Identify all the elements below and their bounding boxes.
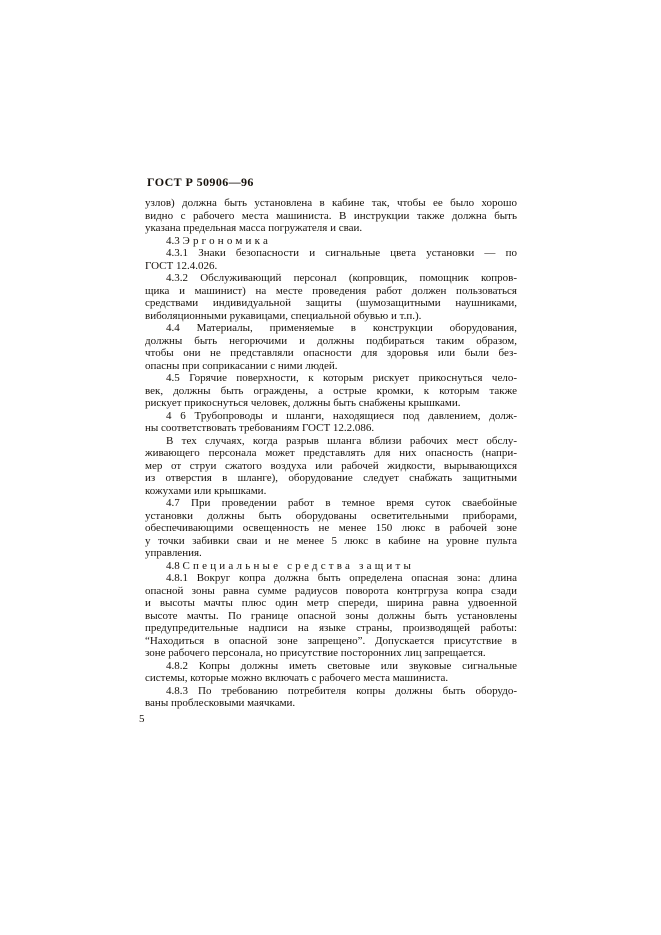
text-line: чтобы они не представляли опасности для … bbox=[145, 347, 517, 360]
text-line: виболяционными рукавицами, специальной о… bbox=[145, 310, 517, 323]
text-line: опасной зоны равна сумме радиусов поворо… bbox=[145, 585, 517, 598]
text-line: 4.7 При проведении работ в темное время … bbox=[145, 497, 517, 510]
section-number: 4.8 bbox=[166, 560, 183, 572]
text-line: зоне рабочего персонала, но присутствие … bbox=[145, 647, 517, 660]
text-line: 4.8.1 Вокруг копра должна быть определен… bbox=[145, 572, 517, 585]
text-line: ГОСТ 12.4.026. bbox=[145, 260, 517, 273]
section-title: Специальные средства защиты bbox=[183, 560, 415, 572]
text-line: 4.8.3 По требованию потребителя копры до… bbox=[145, 685, 517, 698]
text-line: предупредительные надписи на языке стран… bbox=[145, 622, 517, 635]
text-line: установки должны быть оборудованы освети… bbox=[145, 510, 517, 523]
text-line: и высоты мачты плюс один метр спереди, ш… bbox=[145, 597, 517, 610]
text-line: щика и машинист) на месте проведения раб… bbox=[145, 285, 517, 298]
text-line: управления. bbox=[145, 547, 517, 560]
document-page: ГОСТ Р 50906—96 узлов) должна быть устан… bbox=[0, 0, 661, 935]
text-line: 4 6 Трубопроводы и шланги, находящиеся п… bbox=[145, 410, 517, 423]
text-line: “Находиться в опасной зоне запрещено”. Д… bbox=[145, 635, 517, 648]
text-line: 4.3.1 Знаки безопасности и сигнальные цв… bbox=[145, 247, 517, 260]
text-line: ны соответствовать требованиям ГОСТ 12.2… bbox=[145, 422, 517, 435]
running-header: ГОСТ Р 50906—96 bbox=[147, 175, 254, 190]
text-line: 4.4 Материалы, применяемые в конструкции… bbox=[145, 322, 517, 335]
text-line: живающего персонала может представлять д… bbox=[145, 447, 517, 460]
text-line: средствами индивидуальной защиты (шумоза… bbox=[145, 297, 517, 310]
document-body: узлов) должна быть установлена в кабине … bbox=[145, 197, 517, 710]
text-line: узлов) должна быть установлена в кабине … bbox=[145, 197, 517, 210]
text-line: век, должны быть ограждены, а острые кро… bbox=[145, 385, 517, 398]
text-line: 4.3.2 Обслуживающий персонал (копровщик,… bbox=[145, 272, 517, 285]
page-number: 5 bbox=[139, 713, 145, 725]
section-title: Эргономика bbox=[183, 235, 272, 247]
text-line: высоте мачты. По границе опасной зоны до… bbox=[145, 610, 517, 623]
text-line: 4.8.2 Копры должны иметь световые или зв… bbox=[145, 660, 517, 673]
text-line: В тех случаях, когда разрыв шланга вблиз… bbox=[145, 435, 517, 448]
text-line: у точки забивки сваи и не менее 5 люкс в… bbox=[145, 535, 517, 548]
text-line: мер от струи сжатого воздуха или рабочей… bbox=[145, 460, 517, 473]
text-line: 4.5 Горячие поверхности, к которым риску… bbox=[145, 372, 517, 385]
section-heading: 4.8 Специальные средства защиты bbox=[145, 560, 517, 573]
text-line: ваны проблесковыми маячками. bbox=[145, 697, 517, 710]
text-line: рискует прикоснуться человек, должны быт… bbox=[145, 397, 517, 410]
text-line: должны быть негорючими и должны подбират… bbox=[145, 335, 517, 348]
text-line: обеспечивающими освещенность не менее 15… bbox=[145, 522, 517, 535]
section-number: 4.3 bbox=[166, 235, 183, 247]
text-line: опасны при соприкасании с ними людей. bbox=[145, 360, 517, 373]
text-line: видно с рабочего места машиниста. В инст… bbox=[145, 210, 517, 223]
text-line: системы, которые можно включать с рабоче… bbox=[145, 672, 517, 685]
text-line: из отверстия в шланге), оборудование сле… bbox=[145, 472, 517, 485]
text-line: указана предельная масса погружателя и с… bbox=[145, 222, 517, 235]
section-heading: 4.3 Эргономика bbox=[145, 235, 517, 248]
text-line: кожухами или крышками. bbox=[145, 485, 517, 498]
